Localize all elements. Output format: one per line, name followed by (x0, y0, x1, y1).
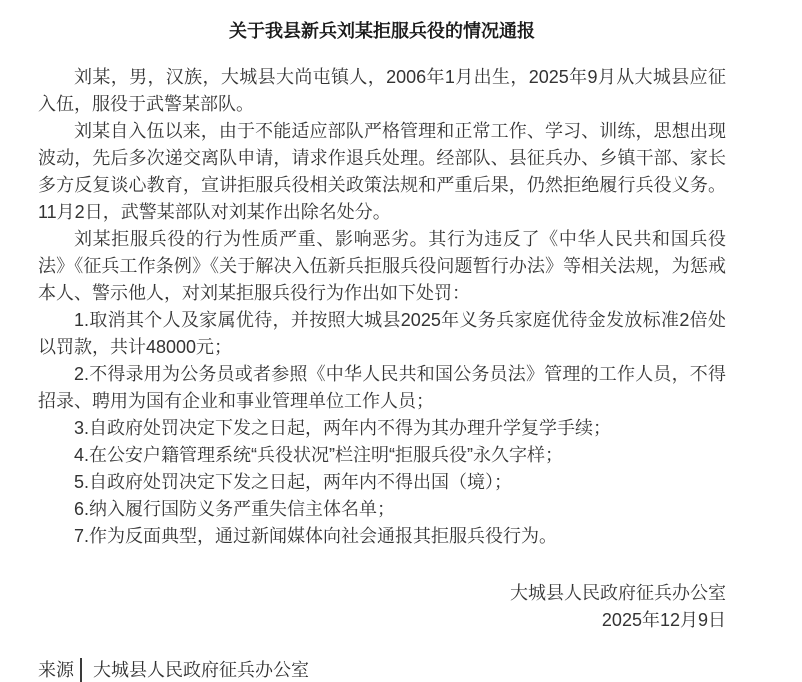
penalty-item: 5.自政府处罚决定下发之日起，两年内不得出国（境）； (38, 469, 726, 496)
document-body: 刘某，男，汉族，大城县大尚屯镇人，2006年1月出生，2025年9月从大城县应征… (38, 64, 726, 550)
penalty-item-list: 1.取消其个人及家属优待，并按照大城县2025年义务兵家庭优待金发放标准2倍处以… (38, 307, 726, 550)
issuing-office: 大城县人民政府征兵办公室 (38, 580, 726, 607)
body-paragraph: 刘某，男，汉族，大城县大尚屯镇人，2006年1月出生，2025年9月从大城县应征… (38, 64, 726, 118)
source-label: 来源 (38, 657, 74, 682)
intro-paragraphs: 刘某，男，汉族，大城县大尚屯镇人，2006年1月出生，2025年9月从大城县应征… (38, 64, 726, 307)
penalty-item: 1.取消其个人及家属优待，并按照大城县2025年义务兵家庭优待金发放标准2倍处以… (38, 307, 726, 361)
source-value: 大城县人民政府征兵办公室 (93, 657, 309, 682)
penalty-item: 6.纳入履行国防义务严重失信主体名单； (38, 496, 726, 523)
source-row: 来源 大城县人民政府征兵办公室 (38, 657, 726, 682)
penalty-item: 7.作为反面典型，通过新闻媒体向社会通报其拒服兵役行为。 (38, 523, 726, 550)
penalty-item: 3.自政府处罚决定下发之日起，两年内不得为其办理升学复学手续； (38, 415, 726, 442)
issue-date: 2025年12月9日 (38, 607, 726, 634)
signature-block: 大城县人民政府征兵办公室 2025年12月9日 (38, 580, 726, 634)
penalty-item: 2.不得录用为公务员或者参照《中华人民共和国公务员法》管理的工作人员，不得招录、… (38, 361, 726, 415)
penalty-item: 4.在公安户籍管理系统“兵役状况”栏注明“拒服兵役”永久字样； (38, 442, 726, 469)
document-title: 关于我县新兵刘某拒服兵役的情况通报 (38, 18, 726, 45)
notice-page: 关于我县新兵刘某拒服兵役的情况通报 刘某，男，汉族，大城县大尚屯镇人，2006年… (0, 0, 802, 682)
source-divider (80, 658, 82, 682)
body-paragraph: 刘某自入伍以来，由于不能适应部队严格管理和正常工作、学习、训练，思想出现波动，先… (38, 118, 726, 226)
body-paragraph: 刘某拒服兵役的行为性质严重、影响恶劣。其行为违反了《中华人民共和国兵役法》《征兵… (38, 226, 726, 307)
